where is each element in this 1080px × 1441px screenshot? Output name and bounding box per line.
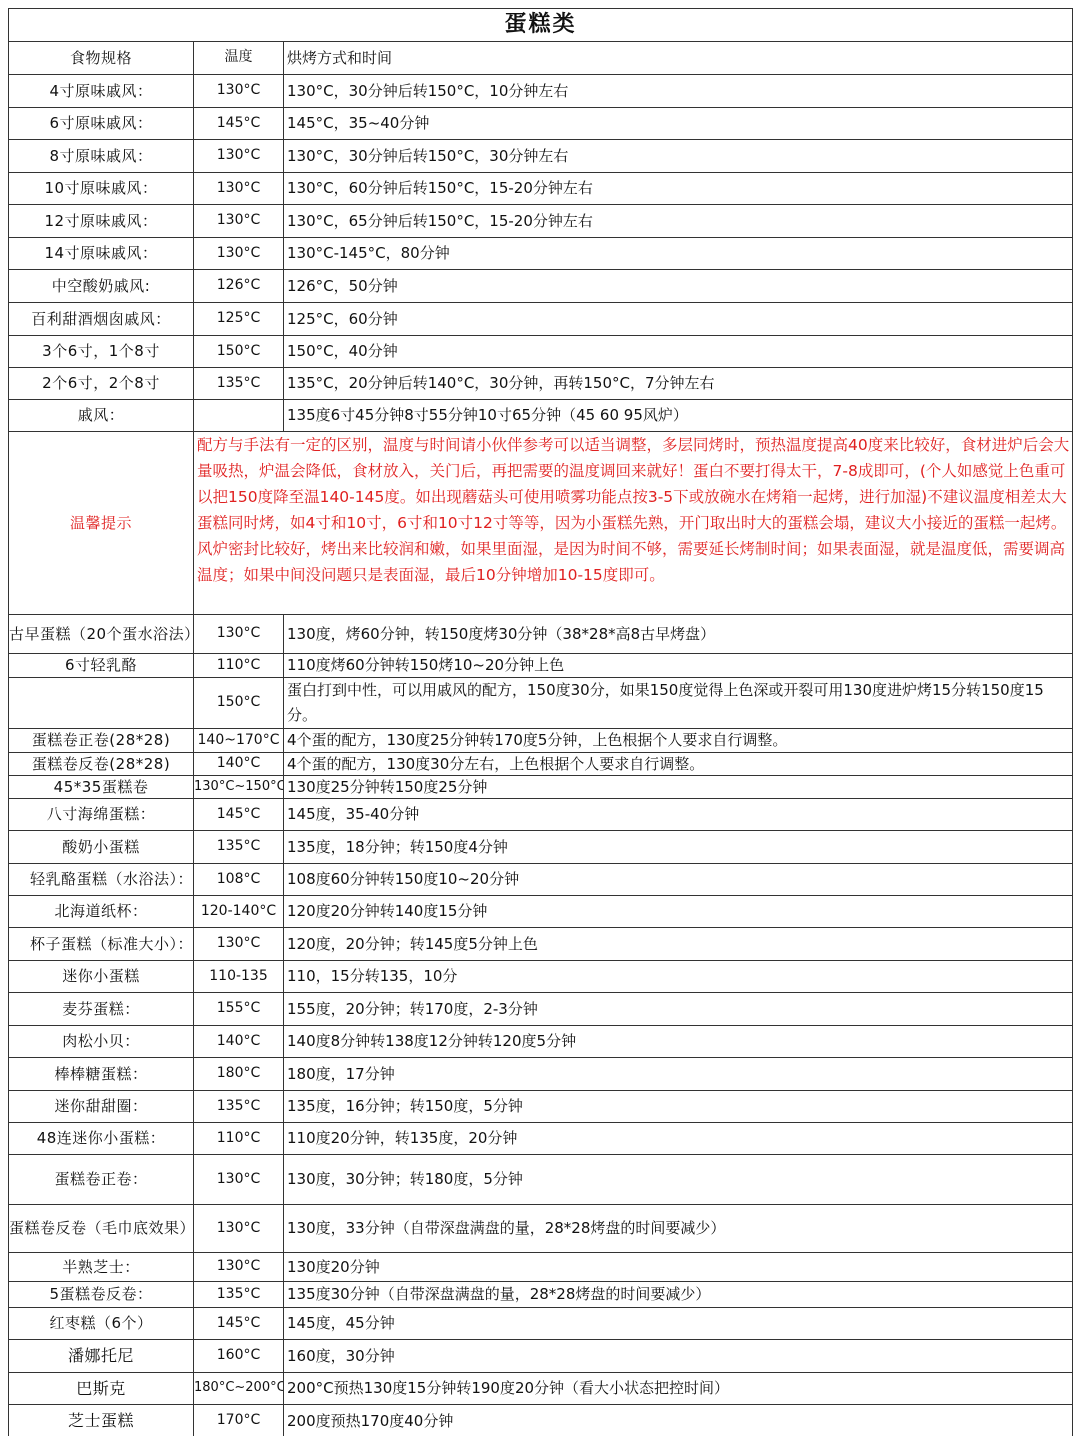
cell-method: 145°C，35~40分钟 — [284, 108, 1073, 140]
cell-name: 杯子蛋糕（标准大小）： — [9, 928, 194, 961]
cell-method: 155度，20分钟；转170度，2-3分钟 — [284, 993, 1073, 1026]
cell-name: 八寸海绵蛋糕： — [9, 799, 194, 831]
cell-method: 108度60分钟转150度10~20分钟 — [284, 864, 1073, 896]
table-row: 中空酸奶戚风: 126°C 126°C，50分钟 — [9, 270, 1073, 303]
cell-name — [9, 678, 194, 729]
table-row: 10寸原味戚风： 130°C 130°C，60分钟后转150°C，15-20分钟… — [9, 173, 1073, 205]
cell-temp: 130°C — [194, 140, 284, 173]
cell-temp: 170°C — [194, 1405, 284, 1438]
cell-method: 4个蛋的配方，130度25分钟转170度5分钟，上色根据个人要求自行调整。 — [284, 729, 1073, 753]
table-row: 3个6寸，1个8寸 150°C 150°C，40分钟 — [9, 336, 1073, 368]
header-row: 食物规格 温度 烘烤方式和时间 — [9, 42, 1073, 75]
cell-temp: 135°C — [194, 368, 284, 400]
table-row: 巴斯克 180°C~200°C 200°C预热130度15分钟转190度20分钟… — [9, 1373, 1073, 1405]
cell-name: 4寸原味戚风： — [9, 75, 194, 108]
cell-name: 酸奶小蛋糕 — [9, 831, 194, 864]
table-row: 4寸原味戚风： 130°C 130°C，30分钟后转150°C，10分钟左右 — [9, 75, 1073, 108]
bottom-margin — [0, 1436, 1080, 1441]
cell-method: 200°C预热130度15分钟转190度20分钟（看大小状态把控时间） — [284, 1373, 1073, 1405]
table-row: 48连迷你小蛋糕： 110°C 110度20分钟，转135度，20分钟 — [9, 1123, 1073, 1155]
tip-label: 温馨提示 — [9, 432, 194, 615]
cell-name: 6寸原味戚风： — [9, 108, 194, 140]
table-row: 12寸原味戚风： 130°C 130°C，65分钟后转150°C，15-20分钟… — [9, 205, 1073, 238]
cell-method: 130°C，30分钟后转150°C，10分钟左右 — [284, 75, 1073, 108]
cell-name: 10寸原味戚风： — [9, 173, 194, 205]
cell-temp: 130°C — [194, 238, 284, 270]
cell-temp: 140°C — [194, 753, 284, 776]
cell-method: 126°C，50分钟 — [284, 270, 1073, 303]
tip-text: 配方与手法有一定的区别，温度与时间请小伙伴参考可以适当调整，多层同烤时，预热温度… — [194, 432, 1073, 615]
cell-temp: 130°C~150°C — [194, 776, 284, 799]
cell-method: 145度，35-40分钟 — [284, 799, 1073, 831]
cell-name: 48连迷你小蛋糕： — [9, 1123, 194, 1155]
cell-name: 潘娜托尼 — [9, 1340, 194, 1373]
cell-name: 百利甜酒烟囱戚风： — [9, 303, 194, 336]
table-row: 半熟芝士： 130°C 130度20分钟 — [9, 1253, 1073, 1282]
cell-temp: 140°C — [194, 1026, 284, 1058]
table-row: 百利甜酒烟囱戚风： 125°C 125°C，60分钟 — [9, 303, 1073, 336]
cell-temp: 126°C — [194, 270, 284, 303]
cell-temp: 125°C — [194, 303, 284, 336]
table-row: 6寸轻乳酪 110°C 110度烤60分钟转150烤10~20分钟上色 — [9, 654, 1073, 678]
table-row: 轻乳酪蛋糕（水浴法）： 108°C 108度60分钟转150度10~20分钟 — [9, 864, 1073, 896]
cell-name: 3个6寸，1个8寸 — [9, 336, 194, 368]
cell-name: 轻乳酪蛋糕（水浴法）： — [9, 864, 194, 896]
cell-temp: 130°C — [194, 205, 284, 238]
cell-temp: 110°C — [194, 1123, 284, 1155]
cell-name: 巴斯克 — [9, 1373, 194, 1405]
cell-name: 蛋糕卷反卷(28*28) — [9, 753, 194, 776]
cell-name: 棒棒糖蛋糕： — [9, 1058, 194, 1091]
cell-temp: 145°C — [194, 1308, 284, 1340]
cell-method: 4个蛋的配方，130度30分左右，上色根据个人要求自行调整。 — [284, 753, 1073, 776]
title-row: 蛋糕类 — [9, 9, 1073, 42]
cell-method: 120度20分钟转140度15分钟 — [284, 896, 1073, 928]
cell-method: 135度6寸45分钟8寸55分钟10寸65分钟（45 60 95风炉） — [284, 400, 1073, 432]
cell-temp: 108°C — [194, 864, 284, 896]
table-row: 蛋糕卷正卷： 130°C 130度，30分钟；转180度，5分钟 — [9, 1155, 1073, 1205]
cell-temp: 180°C — [194, 1058, 284, 1091]
table-row: 迷你甜甜圈： 135°C 135度，16分钟；转150度，5分钟 — [9, 1091, 1073, 1123]
cell-method: 120度，20分钟；转145度5分钟上色 — [284, 928, 1073, 961]
table-row: 蛋糕卷反卷（毛巾底效果） 130°C 130度，33分钟（自带深盘满盘的量，28… — [9, 1205, 1073, 1253]
cell-method: 110度20分钟，转135度，20分钟 — [284, 1123, 1073, 1155]
page-title: 蛋糕类 — [9, 9, 1073, 42]
cell-name: 迷你甜甜圈： — [9, 1091, 194, 1123]
cell-method: 140度8分钟转138度12分钟转120度5分钟 — [284, 1026, 1073, 1058]
cell-method: 130°C，30分钟后转150°C，30分钟左右 — [284, 140, 1073, 173]
cell-name: 芝士蛋糕 — [9, 1405, 194, 1438]
baking-table-sheet: 蛋糕类 食物规格 温度 烘烤方式和时间 4寸原味戚风： 130°C 130°C，… — [8, 8, 1072, 1438]
cell-temp: 135°C — [194, 1091, 284, 1123]
cell-method: 135度，18分钟；转150度4分钟 — [284, 831, 1073, 864]
table-row: 迷你小蛋糕 110-135 110，15分转135，10分 — [9, 961, 1073, 993]
tip-row: 温馨提示 配方与手法有一定的区别，温度与时间请小伙伴参考可以适当调整，多层同烤时… — [9, 432, 1073, 615]
cell-method: 135°C，20分钟后转140°C，30分钟，再转150°C，7分钟左右 — [284, 368, 1073, 400]
cell-temp: 140~170°C — [194, 729, 284, 753]
cell-temp: 160°C — [194, 1340, 284, 1373]
cell-method: 130度25分钟转150度25分钟 — [284, 776, 1073, 799]
table-row: 棒棒糖蛋糕： 180°C 180度，17分钟 — [9, 1058, 1073, 1091]
cell-temp: 145°C — [194, 108, 284, 140]
cell-temp: 150°C — [194, 336, 284, 368]
table-row: 蛋糕卷反卷(28*28) 140°C 4个蛋的配方，130度30分左右，上色根据… — [9, 753, 1073, 776]
cell-name: 古早蛋糕（20个蛋水浴法） — [9, 615, 194, 654]
cell-name: 蛋糕卷正卷： — [9, 1155, 194, 1205]
cell-method: 180度，17分钟 — [284, 1058, 1073, 1091]
table-row: 潘娜托尼 160°C 160度，30分钟 — [9, 1340, 1073, 1373]
cell-name: 北海道纸杯： — [9, 896, 194, 928]
cell-method: 130度，烤60分钟，转150度烤30分钟（38*28*高8古早烤盘） — [284, 615, 1073, 654]
cell-method: 130度，30分钟；转180度，5分钟 — [284, 1155, 1073, 1205]
cell-method: 135度，16分钟；转150度，5分钟 — [284, 1091, 1073, 1123]
cell-temp: 135°C — [194, 1282, 284, 1308]
cell-temp — [194, 400, 284, 432]
cell-temp: 130°C — [194, 1205, 284, 1253]
cell-temp: 110-135 — [194, 961, 284, 993]
cell-name: 迷你小蛋糕 — [9, 961, 194, 993]
cell-temp: 130°C — [194, 615, 284, 654]
cell-temp: 155°C — [194, 993, 284, 1026]
cell-temp: 120-140°C — [194, 896, 284, 928]
cell-method: 蛋白打到中性，可以用戚风的配方，150度30分，如果150度觉得上色深或开裂可用… — [284, 678, 1073, 729]
cell-temp: 110°C — [194, 654, 284, 678]
cell-name: 8寸原味戚风： — [9, 140, 194, 173]
cell-name: 戚风： — [9, 400, 194, 432]
cell-name: 蛋糕卷正卷(28*28) — [9, 729, 194, 753]
cell-temp: 130°C — [194, 173, 284, 205]
table-row: 150°C 蛋白打到中性，可以用戚风的配方，150度30分，如果150度觉得上色… — [9, 678, 1073, 729]
cell-temp: 130°C — [194, 75, 284, 108]
cell-temp: 180°C~200°C — [194, 1373, 284, 1405]
cell-method: 130度20分钟 — [284, 1253, 1073, 1282]
cell-name: 半熟芝士： — [9, 1253, 194, 1282]
cell-method: 200度预热170度40分钟 — [284, 1405, 1073, 1438]
cell-method: 130°C，60分钟后转150°C，15-20分钟左右 — [284, 173, 1073, 205]
cell-method: 130°C-145°C，80分钟 — [284, 238, 1073, 270]
cell-name: 45*35蛋糕卷 — [9, 776, 194, 799]
table-row: 肉松小贝： 140°C 140度8分钟转138度12分钟转120度5分钟 — [9, 1026, 1073, 1058]
column-header-temp: 温度 — [194, 42, 284, 75]
column-header-name: 食物规格 — [9, 42, 194, 75]
cell-name: 14寸原味戚风： — [9, 238, 194, 270]
cell-temp: 150°C — [194, 678, 284, 729]
column-header-method: 烘烤方式和时间 — [284, 42, 1073, 75]
cell-method: 125°C，60分钟 — [284, 303, 1073, 336]
cell-name: 中空酸奶戚风: — [9, 270, 194, 303]
table-row: 2个6寸，2个8寸 135°C 135°C，20分钟后转140°C，30分钟，再… — [9, 368, 1073, 400]
cell-name: 蛋糕卷反卷（毛巾底效果） — [9, 1205, 194, 1253]
table-row: 14寸原味戚风： 130°C 130°C-145°C，80分钟 — [9, 238, 1073, 270]
cell-temp: 135°C — [194, 831, 284, 864]
table-row: 芝士蛋糕 170°C 200度预热170度40分钟 — [9, 1405, 1073, 1438]
table-row: 红枣糕（6个） 145°C 145度，45分钟 — [9, 1308, 1073, 1340]
cell-name: 麦芬蛋糕： — [9, 993, 194, 1026]
table-row: 麦芬蛋糕： 155°C 155度，20分钟；转170度，2-3分钟 — [9, 993, 1073, 1026]
table-row: 八寸海绵蛋糕： 145°C 145度，35-40分钟 — [9, 799, 1073, 831]
cell-method: 160度，30分钟 — [284, 1340, 1073, 1373]
table-row: 北海道纸杯： 120-140°C 120度20分钟转140度15分钟 — [9, 896, 1073, 928]
cell-name: 6寸轻乳酪 — [9, 654, 194, 678]
cell-name: 2个6寸，2个8寸 — [9, 368, 194, 400]
cell-method: 130°C，65分钟后转150°C，15-20分钟左右 — [284, 205, 1073, 238]
table-row: 蛋糕卷正卷(28*28) 140~170°C 4个蛋的配方，130度25分钟转1… — [9, 729, 1073, 753]
table-row: 戚风： 135度6寸45分钟8寸55分钟10寸65分钟（45 60 95风炉） — [9, 400, 1073, 432]
cell-temp: 130°C — [194, 928, 284, 961]
table-row: 6寸原味戚风： 145°C 145°C，35~40分钟 — [9, 108, 1073, 140]
table-row: 5蛋糕卷反卷： 135°C 135度30分钟（自带深盘满盘的量，28*28烤盘的… — [9, 1282, 1073, 1308]
cell-name: 12寸原味戚风： — [9, 205, 194, 238]
cell-method: 150°C，40分钟 — [284, 336, 1073, 368]
cell-temp: 130°C — [194, 1253, 284, 1282]
cell-temp: 130°C — [194, 1155, 284, 1205]
cell-method: 130度，33分钟（自带深盘满盘的量，28*28烤盘的时间要减少） — [284, 1205, 1073, 1253]
table-row: 8寸原味戚风： 130°C 130°C，30分钟后转150°C，30分钟左右 — [9, 140, 1073, 173]
cell-method: 135度30分钟（自带深盘满盘的量，28*28烤盘的时间要减少） — [284, 1282, 1073, 1308]
table-row: 酸奶小蛋糕 135°C 135度，18分钟；转150度4分钟 — [9, 831, 1073, 864]
table-row: 杯子蛋糕（标准大小）： 130°C 120度，20分钟；转145度5分钟上色 — [9, 928, 1073, 961]
table-row: 45*35蛋糕卷 130°C~150°C 130度25分钟转150度25分钟 — [9, 776, 1073, 799]
cell-name: 5蛋糕卷反卷： — [9, 1282, 194, 1308]
cell-name: 红枣糕（6个） — [9, 1308, 194, 1340]
cell-method: 145度，45分钟 — [284, 1308, 1073, 1340]
table-row: 古早蛋糕（20个蛋水浴法） 130°C 130度，烤60分钟，转150度烤30分… — [9, 615, 1073, 654]
cell-temp: 145°C — [194, 799, 284, 831]
cell-method: 110度烤60分钟转150烤10~20分钟上色 — [284, 654, 1073, 678]
cell-method: 110，15分转135，10分 — [284, 961, 1073, 993]
baking-table: 蛋糕类 食物规格 温度 烘烤方式和时间 4寸原味戚风： 130°C 130°C，… — [8, 8, 1073, 1438]
cell-name: 肉松小贝： — [9, 1026, 194, 1058]
